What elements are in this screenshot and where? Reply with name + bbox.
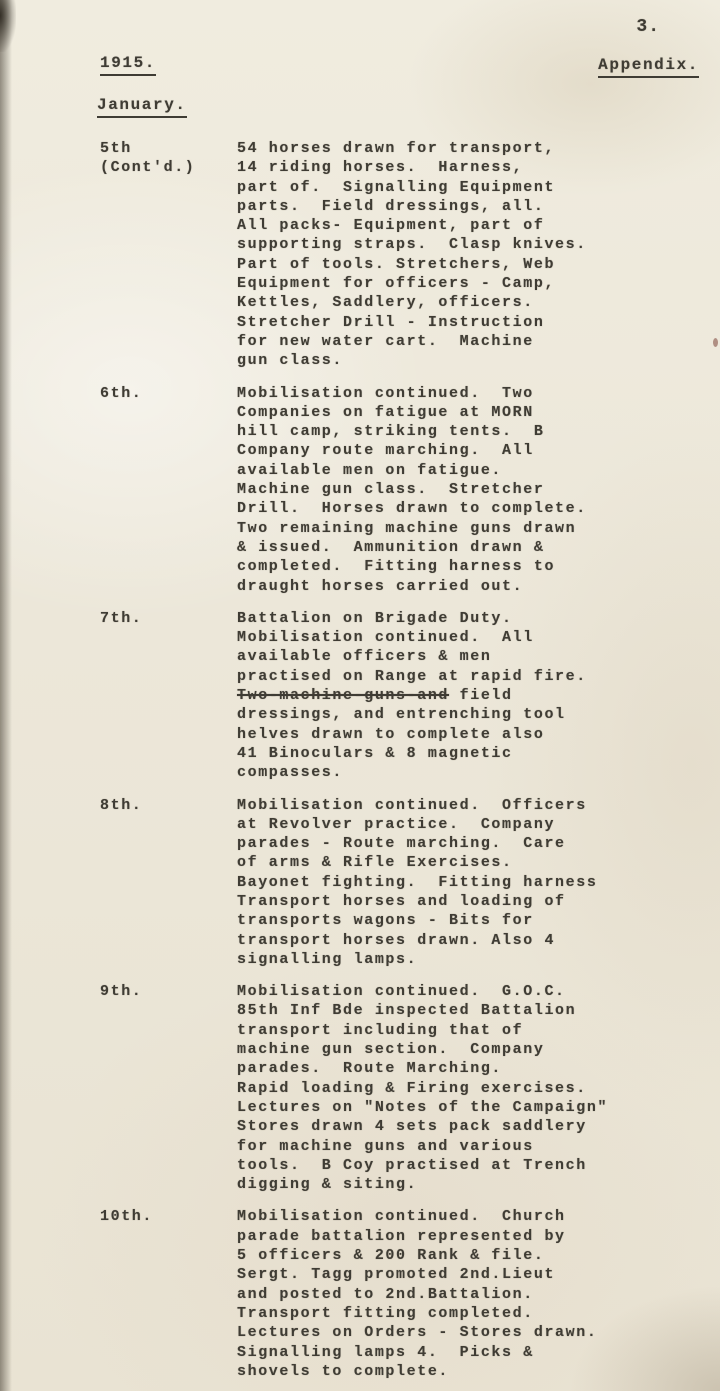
entry-body: Mobilisation continued. TwoCompanies on … [237, 384, 700, 596]
month-heading: January. [97, 96, 187, 118]
entry-body: Mobilisation continued. G.O.C.85th Inf B… [237, 982, 700, 1194]
entry-body: Battalion on Brigade Duty.Mobilisation c… [237, 609, 700, 783]
entry-body: Mobilisation continued. Churchparade bat… [237, 1207, 700, 1381]
entry-date: 9th. [100, 982, 237, 1194]
entry-body: Mobilisation continued. Officersat Revol… [237, 796, 700, 970]
month-heading-text: January. [97, 96, 187, 118]
ink-speck [713, 338, 718, 347]
entry-date: 10th. [100, 1207, 237, 1381]
entry-date: 8th. [100, 796, 237, 970]
diary-entry: 8th.Mobilisation continued. Officersat R… [100, 796, 700, 970]
year-heading-text: 1915. [100, 54, 156, 76]
entry-body: 54 horses drawn for transport,14 riding … [237, 139, 700, 371]
diary-entry: 10th.Mobilisation continued. Churchparad… [100, 1207, 700, 1381]
diary-entry: 6th.Mobilisation continued. TwoCompanies… [100, 384, 700, 596]
entry-date: 7th. [100, 609, 237, 783]
page-number: 3. [636, 18, 660, 37]
diary-entry: 7th.Battalion on Brigade Duty.Mobilisati… [100, 609, 700, 783]
struck-text: Two-machine-guns-and [237, 687, 449, 704]
appendix-heading-text: Appendix. [598, 56, 699, 78]
entry-date: 5th (Cont'd.) [100, 139, 237, 371]
entry-date: 6th. [100, 384, 237, 596]
appendix-heading: Appendix. [598, 56, 699, 78]
page-left-edge-shadow [0, 0, 12, 1391]
diary-entry: 9th.Mobilisation continued. G.O.C.85th I… [100, 982, 700, 1194]
year-heading: 1915. [100, 54, 156, 76]
page-corner-shadow [0, 0, 16, 52]
diary-entry: 5th (Cont'd.)54 horses drawn for transpo… [100, 139, 700, 371]
entries: 5th (Cont'd.)54 horses drawn for transpo… [100, 139, 700, 1391]
